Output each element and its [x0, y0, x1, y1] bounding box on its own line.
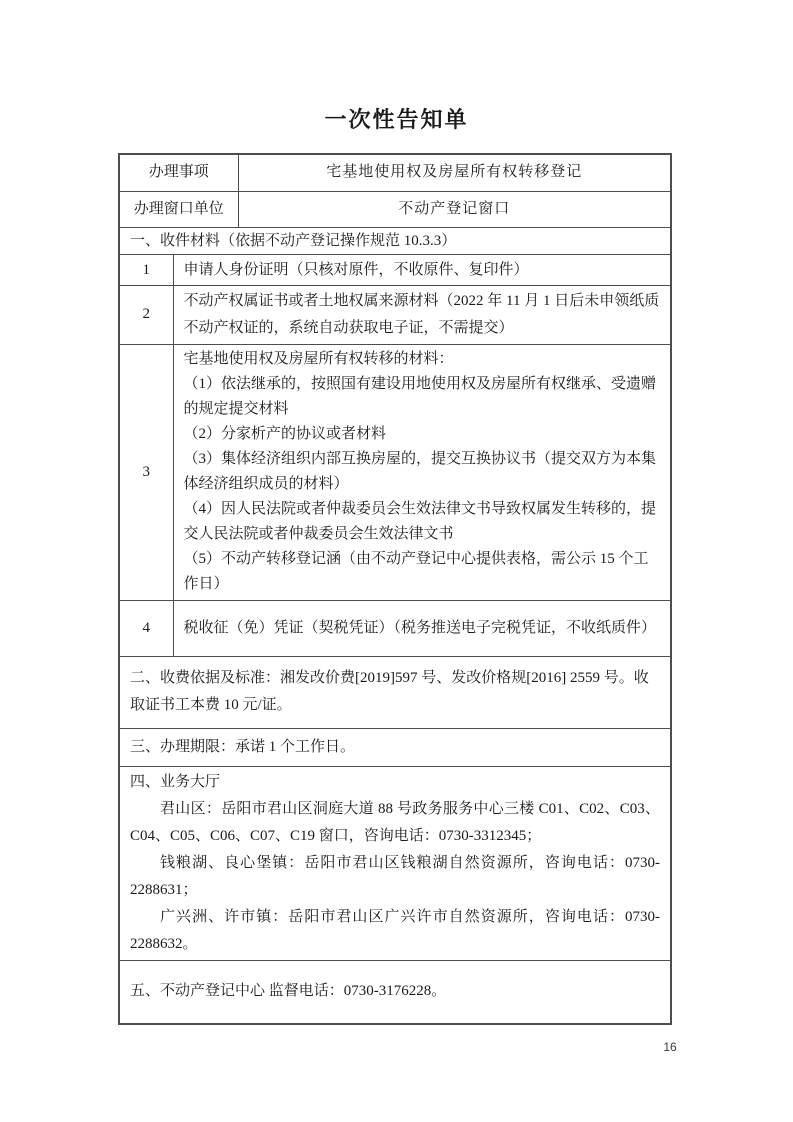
- item-1-text: 申请人身份证明（只核对原件，不收原件、复印件）: [173, 254, 671, 285]
- row-item-2: 2 不动产权属证书或者土地权属来源材料（2022 年 11 月 1 日后未申领纸…: [119, 285, 671, 344]
- item-2-number: 2: [119, 285, 173, 344]
- item-3-line-4: （4）因人民法院或者仲裁委员会生效法律文书导致权属发生转移的，提交人民法院或者仲…: [184, 497, 661, 547]
- window-unit-value: 不动产登记窗口: [238, 191, 671, 227]
- item-3-line-2: （2）分家析产的协议或者材料: [184, 422, 661, 447]
- row-section1-heading: 一、收件材料（依据不动产登记操作规范 10.3.3）: [119, 227, 671, 254]
- row-item-3: 3 宅基地使用权及房屋所有权转移的材料： （1）依法继承的，按照国有建设用地使用…: [119, 344, 671, 600]
- notice-table: 办理事项 宅基地使用权及房屋所有权转移登记 办理窗口单位 不动产登记窗口 一、收…: [118, 153, 672, 1025]
- item-3-number: 3: [119, 344, 173, 600]
- item-3-text: 宅基地使用权及房屋所有权转移的材料： （1）依法继承的，按照国有建设用地使用权及…: [173, 344, 671, 600]
- window-unit-label: 办理窗口单位: [119, 191, 238, 227]
- row-section2: 二、收费依据及标准：湘发改价费[2019]597 号、发改价格规[2016] 2…: [119, 656, 671, 728]
- item-2-text: 不动产权属证书或者土地权属来源材料（2022 年 11 月 1 日后未申领纸质不…: [173, 285, 671, 344]
- section4-heading: 四、业务大厅: [130, 769, 660, 796]
- row-section3: 三、办理期限：承诺 1 个工作日。: [119, 728, 671, 766]
- row-item-4: 4 税收征（免）凭证（契税凭证）（税务推送电子完税凭证，不收纸质件）: [119, 600, 671, 656]
- row-section5: 五、不动产登记中心 监督电话：0730-3176228。: [119, 960, 671, 1024]
- item-3-line-1: （1）依法继承的，按照国有建设用地使用权及房屋所有权继承、受遗赠的规定提交材料: [184, 372, 661, 422]
- item-1-number: 1: [119, 254, 173, 285]
- document-page: 一次性告知单 办理事项 宅基地使用权及房屋所有权转移登记 办理窗口单位 不动产登…: [0, 0, 793, 1122]
- item-3-line-5: （5）不动产转移登记涵（由不动产登记中心提供表格，需公示 15 个工作日）: [184, 547, 661, 597]
- row-matter: 办理事项 宅基地使用权及房屋所有权转移登记: [119, 154, 671, 191]
- matter-value: 宅基地使用权及房屋所有权转移登记: [238, 154, 671, 191]
- row-window-unit: 办理窗口单位 不动产登记窗口: [119, 191, 671, 227]
- item-3-line-3: （3）集体经济组织内部互换房屋的，提交互换协议书（提交双方为本集体经济组织成员的…: [184, 447, 661, 497]
- section4-paragraph-junshan: 君山区：岳阳市君山区洞庭大道 88 号政务服务中心三楼 C01、C02、C03、…: [130, 796, 660, 850]
- item-4-number: 4: [119, 600, 173, 656]
- item-3-line-intro: 宅基地使用权及房屋所有权转移的材料：: [184, 347, 661, 372]
- matter-label: 办理事项: [119, 154, 238, 191]
- section3-text: 三、办理期限：承诺 1 个工作日。: [119, 728, 671, 766]
- section4-text: 四、业务大厅 君山区：岳阳市君山区洞庭大道 88 号政务服务中心三楼 C01、C…: [119, 766, 671, 960]
- section4-paragraph-qianlianghu: 钱粮湖、良心堡镇：岳阳市君山区钱粮湖自然资源所，咨询电话：0730-228863…: [130, 850, 660, 904]
- row-section4: 四、业务大厅 君山区：岳阳市君山区洞庭大道 88 号政务服务中心三楼 C01、C…: [119, 766, 671, 960]
- section4-paragraph-guangxingzhou: 广兴洲、许市镇：岳阳市君山区广兴许市自然资源所，咨询电话：0730-228863…: [130, 904, 660, 958]
- section2-text: 二、收费依据及标准：湘发改价费[2019]597 号、发改价格规[2016] 2…: [119, 656, 671, 728]
- row-item-1: 1 申请人身份证明（只核对原件，不收原件、复印件）: [119, 254, 671, 285]
- section5-text: 五、不动产登记中心 监督电话：0730-3176228。: [119, 960, 671, 1024]
- section1-heading: 一、收件材料（依据不动产登记操作规范 10.3.3）: [119, 227, 671, 254]
- page-title: 一次性告知单: [0, 103, 793, 134]
- page-number: 16: [650, 1040, 690, 1054]
- item-4-text: 税收征（免）凭证（契税凭证）（税务推送电子完税凭证，不收纸质件）: [173, 600, 671, 656]
